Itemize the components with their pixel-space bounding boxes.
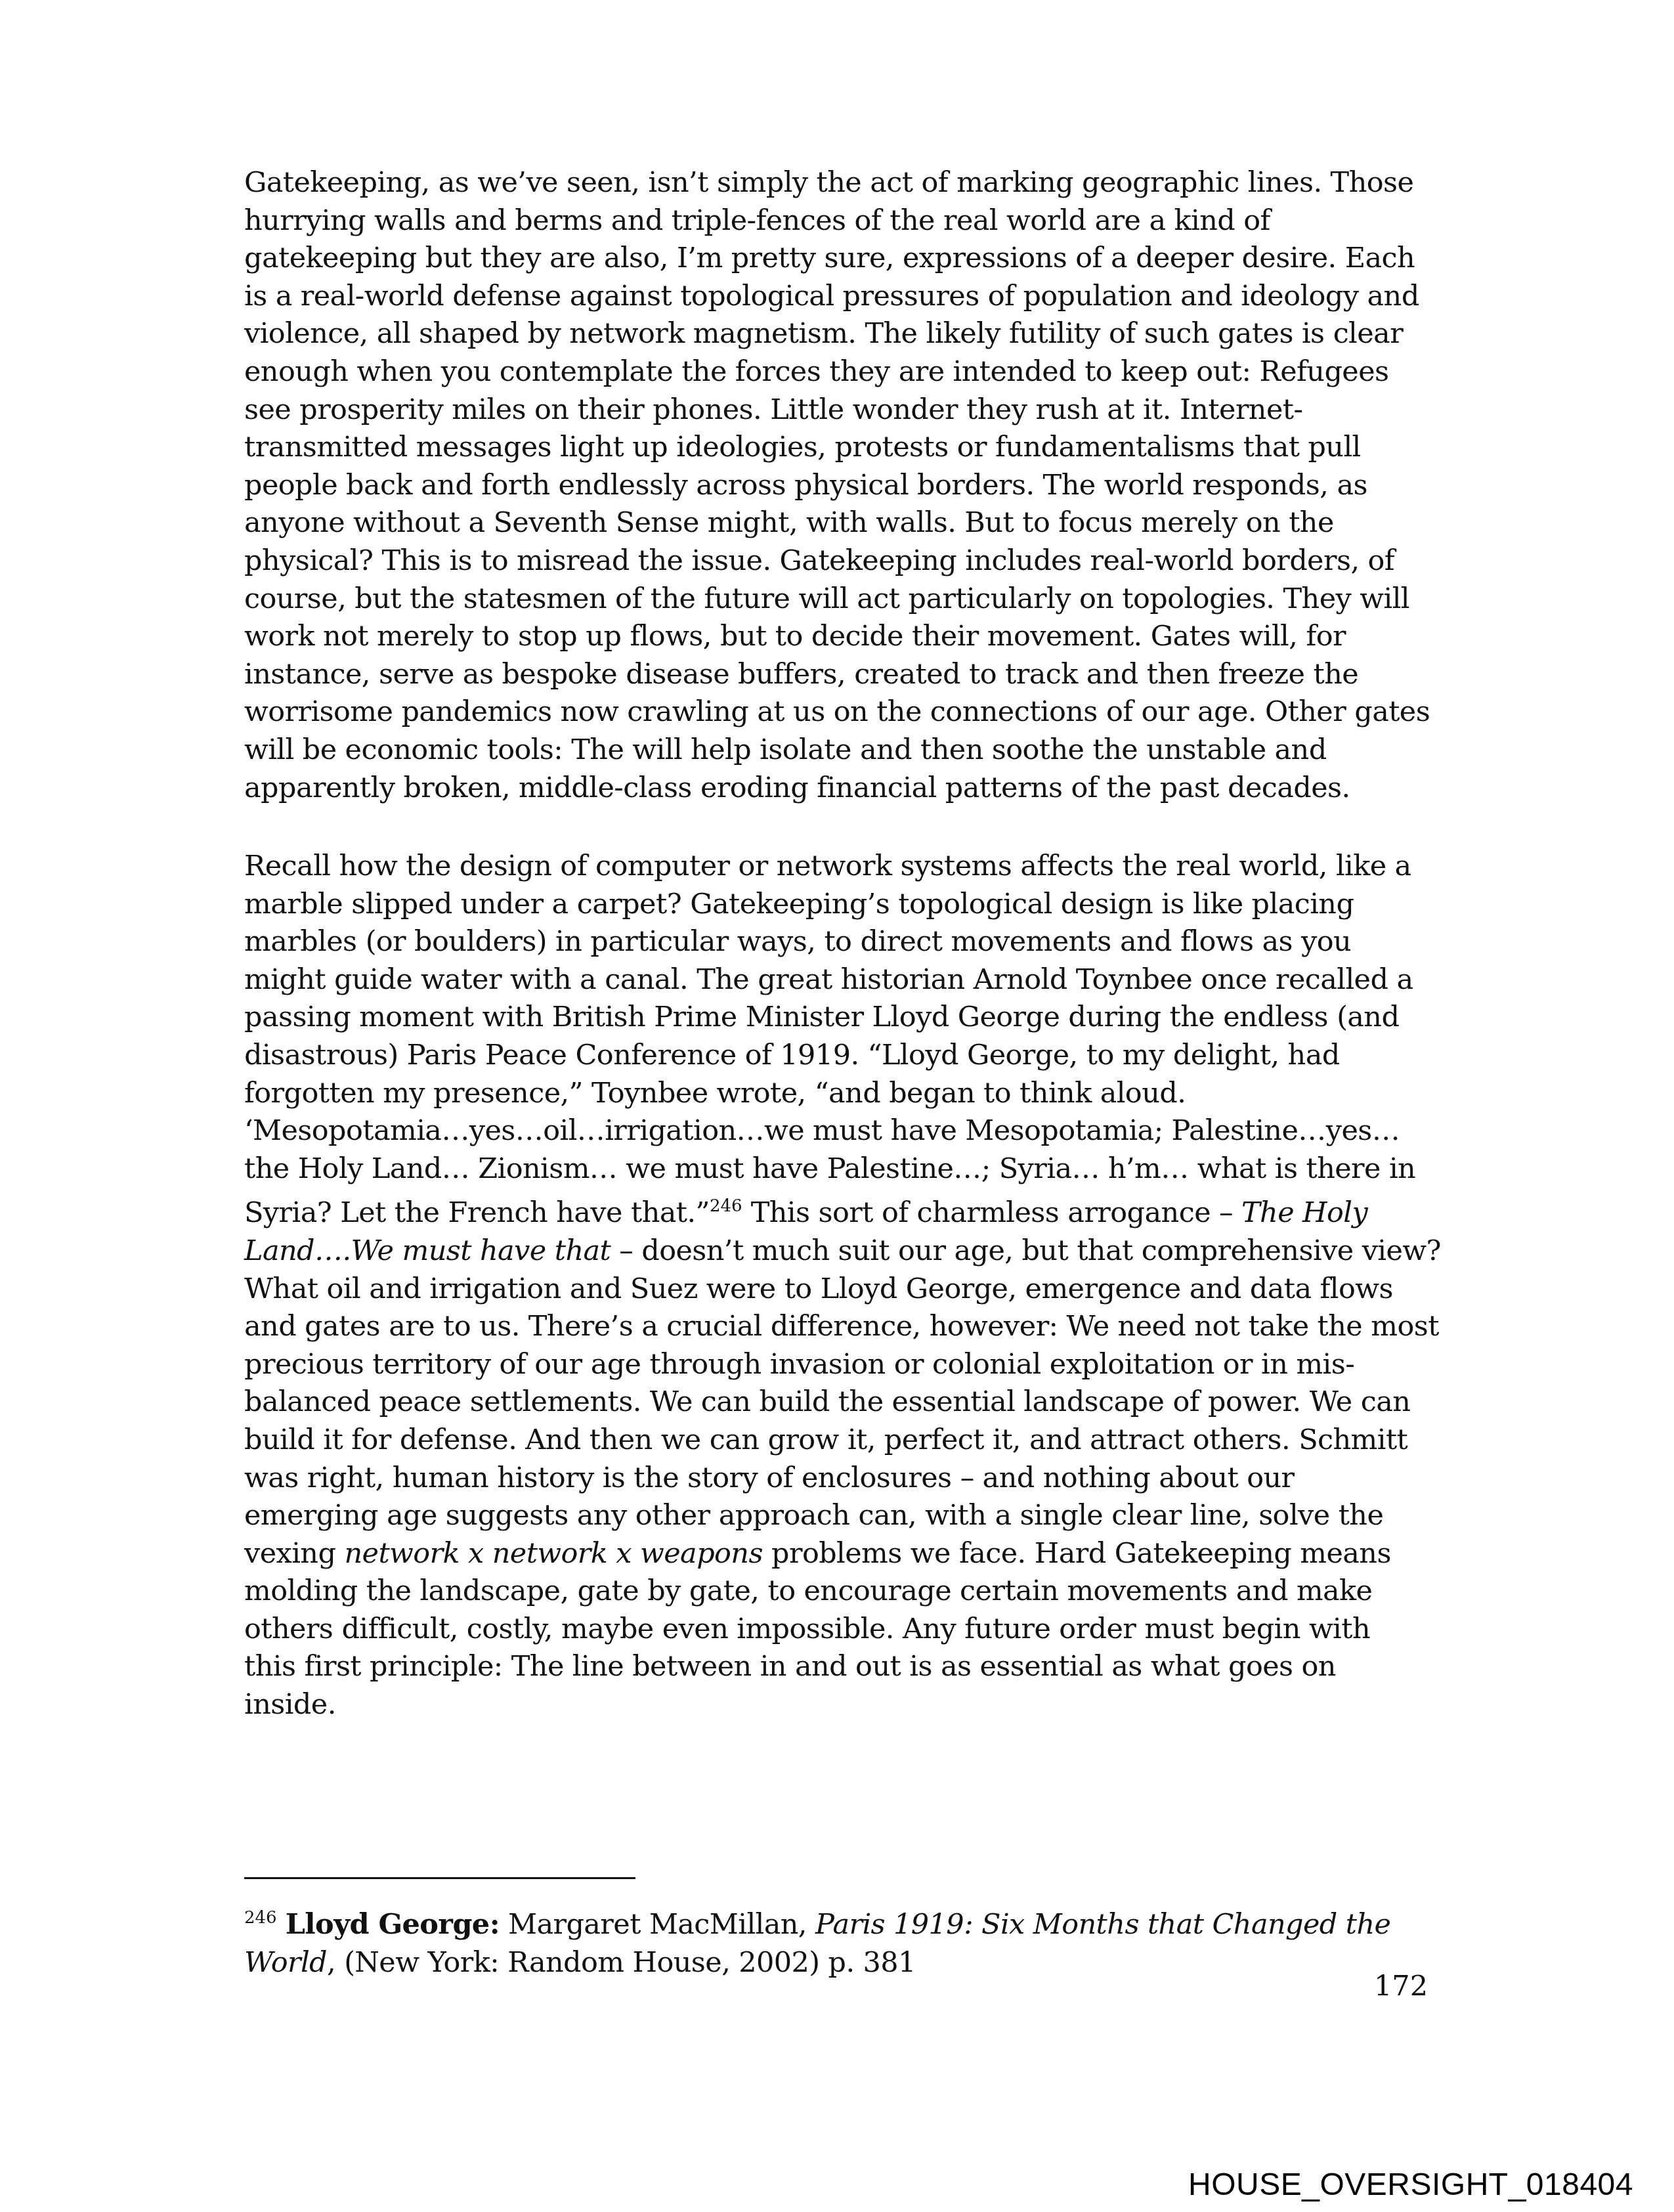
bates-stamp: HOUSE_OVERSIGHT_018404	[1188, 2167, 1633, 2203]
text-line: Recall how the design of computer or net…	[244, 848, 1426, 886]
text-run: Gatekeeping, as we’ve seen, isn’t simply…	[244, 166, 1413, 199]
text-line: hurrying walls and berms and triple-fenc…	[244, 202, 1426, 240]
text-line: physical? This is to misread the issue. …	[244, 542, 1426, 580]
text-run: will be economic tools: The will help is…	[244, 733, 1327, 766]
text-run: Recall how the design of computer or net…	[244, 850, 1411, 882]
text-line: others difficult, costly, maybe even imp…	[244, 1611, 1426, 1649]
text-run: the Holy Land… Zionism… we must have Pal…	[244, 1152, 1415, 1185]
text-run: marble slipped under a carpet? Gatekeepi…	[244, 888, 1354, 921]
text-line: will be economic tools: The will help is…	[244, 731, 1426, 770]
text-run: passing moment with British Prime Minist…	[244, 1001, 1399, 1033]
footnote-reference: 246	[710, 1196, 742, 1216]
text-line: balanced peace settlements. We can build…	[244, 1383, 1426, 1421]
text-run: hurrying walls and berms and triple-fenc…	[244, 204, 1270, 237]
text-run: others difficult, costly, maybe even imp…	[244, 1613, 1370, 1645]
text-run: What oil and irrigation and Suez were to…	[244, 1272, 1393, 1305]
footnote-separator-rule	[244, 1877, 635, 1879]
text-run: see prosperity miles on their phones. Li…	[244, 393, 1302, 426]
text-run: This sort of charmless arrogance –	[742, 1196, 1241, 1229]
text-run: emerging age suggests any other approach…	[244, 1499, 1383, 1532]
text-line: worrisome pandemics now crawling at us o…	[244, 693, 1426, 731]
body-paragraph-2: Recall how the design of computer or net…	[244, 848, 1426, 1724]
text-run: work not merely to stop up flows, but to…	[244, 620, 1346, 653]
text-line: apparently broken, middle-class eroding …	[244, 770, 1426, 808]
text-run: precious territory of our age through in…	[244, 1348, 1354, 1381]
text-run: forgotten my presence,” Toynbee wrote, “…	[244, 1077, 1186, 1110]
body-paragraph-1: Gatekeeping, as we’ve seen, isn’t simply…	[244, 164, 1426, 807]
text-line: people back and forth endlessly across p…	[244, 467, 1426, 505]
text-run: is a real-world defense against topologi…	[244, 280, 1419, 313]
text-line: Land….We must have that – doesn’t much s…	[244, 1232, 1426, 1270]
text-run: violence, all shaped by network magnetis…	[244, 317, 1403, 350]
text-run: Land….We must have that	[244, 1234, 611, 1267]
text-run: this first principle: The line between i…	[244, 1650, 1336, 1683]
text-line: instance, serve as bespoke disease buffe…	[244, 656, 1426, 694]
text-run: people back and forth endlessly across p…	[244, 469, 1367, 502]
text-run: balanced peace settlements. We can build…	[244, 1385, 1410, 1418]
text-line: forgotten my presence,” Toynbee wrote, “…	[244, 1075, 1426, 1113]
text-run: physical? This is to misread the issue. …	[244, 544, 1394, 577]
page-number: 172	[1339, 1970, 1428, 2003]
text-line: the Holy Land… Zionism… we must have Pal…	[244, 1150, 1426, 1188]
text-run: – doesn’t much suit our age, but that co…	[611, 1234, 1441, 1267]
text-run: build it for defense. And then we can gr…	[244, 1423, 1407, 1456]
footnote-246: 246 Lloyd George: Margaret MacMillan, Pa…	[244, 1899, 1426, 1982]
text-line: Gatekeeping, as we’ve seen, isn’t simply…	[244, 164, 1426, 202]
text-run: instance, serve as bespoke disease buffe…	[244, 658, 1358, 691]
text-run: anyone without a Seventh Sense might, wi…	[244, 506, 1334, 539]
text-run: Margaret MacMillan,	[500, 1908, 815, 1941]
text-run: ‘Mesopotamia…yes…oil…irrigation…we must …	[244, 1114, 1400, 1147]
text-run: vexing	[244, 1537, 344, 1570]
text-run: disastrous) Paris Peace Conference of 19…	[244, 1039, 1340, 1072]
text-run: , (New York: Random House, 2002) p. 381	[327, 1946, 916, 1979]
text-run: might guide water with a canal. The grea…	[244, 963, 1413, 996]
text-line: gatekeeping but they are also, I’m prett…	[244, 240, 1426, 278]
text-run: marbles (or boulders) in particular ways…	[244, 925, 1351, 958]
text-run: enough when you contemplate the forces t…	[244, 355, 1389, 388]
text-line: disastrous) Paris Peace Conference of 19…	[244, 1037, 1426, 1075]
text-line: inside.	[244, 1686, 1426, 1724]
text-run: was right, human history is the story of…	[244, 1462, 1295, 1494]
text-line: precious territory of our age through in…	[244, 1346, 1426, 1384]
text-run: gatekeeping but they are also, I’m prett…	[244, 242, 1415, 274]
text-line: transmitted messages light up ideologies…	[244, 429, 1426, 467]
text-line: anyone without a Seventh Sense might, wi…	[244, 504, 1426, 542]
text-line: What oil and irrigation and Suez were to…	[244, 1270, 1426, 1309]
text-line: marbles (or boulders) in particular ways…	[244, 923, 1426, 961]
text-run: worrisome pandemics now crawling at us o…	[244, 695, 1430, 728]
text-line: vexing network x network x weapons probl…	[244, 1535, 1426, 1573]
text-run: transmitted messages light up ideologies…	[244, 431, 1361, 464]
text-run: Lloyd George:	[286, 1908, 500, 1941]
text-run: molding the landscape, gate by gate, to …	[244, 1574, 1372, 1607]
text-run: Syria? Let the French have that.”	[244, 1196, 710, 1229]
text-run: Paris 1919: Six Months that Changed the	[815, 1908, 1390, 1941]
text-line: ‘Mesopotamia…yes…oil…irrigation…we must …	[244, 1112, 1426, 1150]
text-line: 246 Lloyd George: Margaret MacMillan, Pa…	[244, 1899, 1426, 1944]
text-run: inside.	[244, 1688, 336, 1721]
text-line: might guide water with a canal. The grea…	[244, 961, 1426, 999]
text-line: molding the landscape, gate by gate, to …	[244, 1572, 1426, 1611]
text-run: World	[244, 1946, 327, 1979]
footnote-reference: 246	[244, 1908, 277, 1928]
document-page: Gatekeeping, as we’ve seen, isn’t simply…	[0, 0, 1674, 2212]
text-line: passing moment with British Prime Minist…	[244, 999, 1426, 1037]
text-line: enough when you contemplate the forces t…	[244, 353, 1426, 391]
text-line: was right, human history is the story of…	[244, 1460, 1426, 1498]
text-run: The Holy	[1241, 1196, 1367, 1229]
text-line: Syria? Let the French have that.”246 Thi…	[244, 1188, 1426, 1232]
text-line: work not merely to stop up flows, but to…	[244, 618, 1426, 656]
text-line: and gates are to us. There’s a crucial d…	[244, 1308, 1426, 1346]
text-run: course, but the statesmen of the future …	[244, 582, 1409, 615]
text-line: this first principle: The line between i…	[244, 1648, 1426, 1686]
text-line: World, (New York: Random House, 2002) p.…	[244, 1944, 1426, 1982]
text-line: course, but the statesmen of the future …	[244, 580, 1426, 618]
text-line: emerging age suggests any other approach…	[244, 1497, 1426, 1535]
text-line: is a real-world defense against topologi…	[244, 278, 1426, 316]
text-line: violence, all shaped by network magnetis…	[244, 315, 1426, 353]
text-run: apparently broken, middle-class eroding …	[244, 771, 1350, 804]
text-line: marble slipped under a carpet? Gatekeepi…	[244, 886, 1426, 924]
text-run: and gates are to us. There’s a crucial d…	[244, 1310, 1439, 1343]
text-run: problems we face. Hard Gatekeeping means	[763, 1537, 1391, 1570]
text-line: build it for defense. And then we can gr…	[244, 1421, 1426, 1460]
text-run	[277, 1908, 286, 1941]
text-run: network x network x weapons	[344, 1537, 763, 1570]
text-line: see prosperity miles on their phones. Li…	[244, 391, 1426, 429]
